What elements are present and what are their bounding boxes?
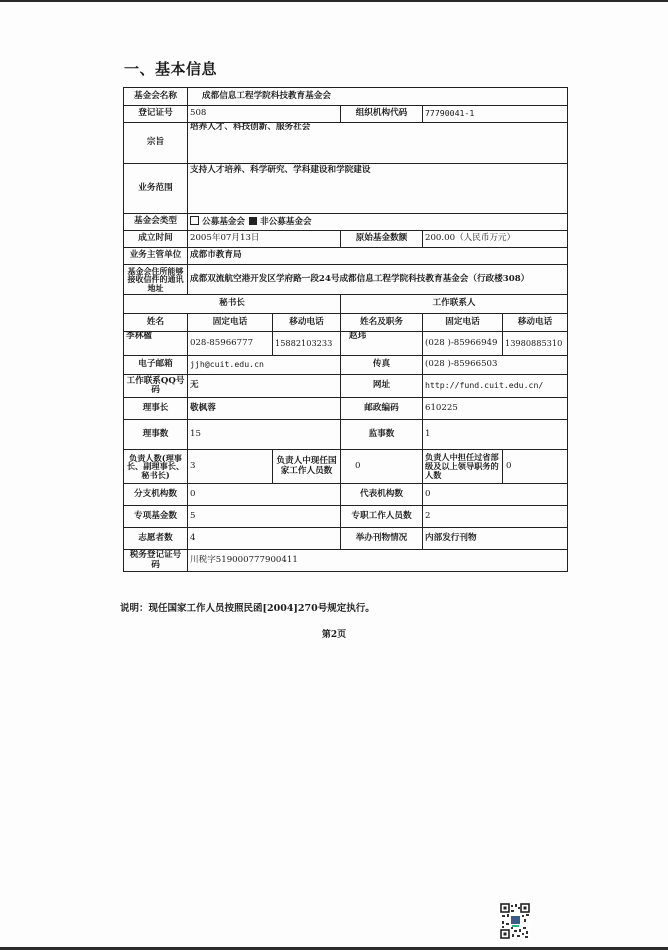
value-leaders-prov: 0	[503, 450, 568, 484]
label-chairman: 理事长	[124, 398, 188, 420]
value-secretary-mobile: 15882103233	[273, 332, 341, 356]
scan-border-top	[0, 0, 668, 2]
value-secretary-name: 李林楹	[124, 332, 188, 356]
page-number: 第2页	[0, 627, 668, 640]
value-chairman: 敬枫蓉	[188, 398, 341, 420]
option-public-foundation: 公募基金会	[202, 217, 245, 227]
value-liaison-name: 赵玮	[341, 332, 423, 356]
value-representative-offices: 0	[423, 484, 568, 506]
label-full-time-staff: 专职工作人员数	[341, 506, 423, 528]
label-publications: 举办刊物情况	[341, 528, 423, 550]
section-title: 一、基本信息	[124, 58, 217, 79]
value-volunteers: 4	[188, 528, 341, 550]
value-fax: (028 )-85966503	[423, 356, 568, 375]
label-tax: 税务登记证号码	[124, 550, 188, 572]
row-special-funds: 专项基金数 5 专职工作人员数 2	[124, 506, 568, 528]
value-email[interactable]: jjh@cuit.edu.cn	[188, 356, 341, 375]
value-foundation-name: 成都信息工程学院科技教育基金会	[188, 88, 568, 106]
label-leaders: 负责人数(理事长、副理事长、秘书长)	[124, 450, 188, 484]
label-postcode: 邮政编码	[341, 398, 423, 420]
label-volunteers: 志愿者数	[124, 528, 188, 550]
value-tax: 川税字519000777900411	[188, 550, 568, 572]
row-qq: 工作联系QQ号码 无 网址 http://fund.cuit.edu.cn/	[124, 375, 568, 398]
row-foundation-type: 基金会类型 公募基金会非公募基金会	[124, 214, 568, 231]
label-address: 基金会住所能够接收信件的通讯地址	[124, 265, 188, 295]
label-business-scope: 业务范围	[124, 164, 188, 214]
header-liaison: 工作联系人	[341, 295, 568, 314]
label-initial-fund: 原始基金数额	[341, 231, 423, 248]
value-org-code: 77790041-1	[423, 106, 568, 123]
value-supervisor: 成都市教育局	[188, 248, 568, 265]
label-purpose: 宗旨	[124, 123, 188, 164]
row-tax: 税务登记证号码 川税字519000777900411	[124, 550, 568, 572]
row-email: 电子邮箱 jjh@cuit.edu.cn 传真 (028 )-85966503	[124, 356, 568, 375]
row-supervisor: 业务主管单位 成都市教育局	[124, 248, 568, 265]
value-postcode: 610225	[423, 398, 568, 420]
label-established: 成立时间	[124, 231, 188, 248]
label-email: 电子邮箱	[124, 356, 188, 375]
label-leaders-gov: 负责人中现任国家工作人员数	[273, 450, 341, 484]
value-leaders-gov: 0	[341, 450, 423, 484]
col-secretary-phone: 固定电话	[188, 314, 273, 332]
row-business-scope: 业务范围 支持人才培养、科学研究、学科建设和学院建设	[124, 164, 568, 214]
row-address: 基金会住所能够接收信件的通讯地址 成都双流航空港开发区学府路一段24号成都信息工…	[124, 265, 568, 295]
col-secretary-mobile: 移动电话	[273, 314, 341, 332]
row-leaders: 负责人数(理事长、副理事长、秘书长) 3 负责人中现任国家工作人员数 0 负责人…	[124, 450, 568, 484]
value-established: 2005年07月13日	[188, 231, 341, 248]
value-publications: 内部发行刊物	[423, 528, 568, 550]
label-foundation-type: 基金会类型	[124, 214, 188, 231]
label-representative-offices: 代表机构数	[341, 484, 423, 506]
value-full-time-staff: 2	[423, 506, 568, 528]
document-page: 一、基本信息 基金会名称 成都信息工程学院科技教育基金会 登记证号 508 组织…	[0, 0, 668, 950]
row-volunteers: 志愿者数 4 举办刊物情况 内部发行刊物	[124, 528, 568, 550]
col-secretary-name: 姓名	[124, 314, 188, 332]
value-branches: 0	[188, 484, 341, 506]
value-address: 成都双流航空港开发区学府路一段24号成都信息工程学院科技教育基金会（行政楼308…	[188, 265, 568, 295]
value-foundation-type: 公募基金会非公募基金会	[188, 214, 568, 231]
basic-info-table: 基金会名称 成都信息工程学院科技教育基金会 登记证号 508 组织机构代码 77…	[123, 87, 568, 572]
row-contacts-header: 秘书长 工作联系人	[124, 295, 568, 314]
qr-code-icon	[500, 903, 530, 939]
label-special-funds: 专项基金数	[124, 506, 188, 528]
label-website: 网址	[341, 375, 423, 398]
value-leaders: 3	[188, 450, 273, 484]
label-supervisor: 业务主管单位	[124, 248, 188, 265]
value-purpose: 培养人才、科技创新、服务社会	[188, 123, 568, 164]
col-liaison-mobile: 移动电话	[503, 314, 568, 332]
footnote: 说明：现任国家工作人员按照民函[2004]270号规定执行。	[120, 600, 375, 614]
row-registration: 登记证号 508 组织机构代码 77790041-1	[124, 106, 568, 123]
label-fax: 传真	[341, 356, 423, 375]
label-directors: 理事数	[124, 420, 188, 450]
col-liaison-name: 姓名及职务	[341, 314, 423, 332]
row-directors: 理事数 15 监事数 1	[124, 420, 568, 450]
value-liaison-phone: (028 )-85966949	[423, 332, 503, 356]
value-special-funds: 5	[188, 506, 341, 528]
checkbox-public-foundation[interactable]	[190, 216, 199, 225]
label-org-code: 组织机构代码	[341, 106, 423, 123]
value-registration: 508	[188, 106, 341, 123]
row-established: 成立时间 2005年07月13日 原始基金数额 200.00（人民币万元）	[124, 231, 568, 248]
value-supervisors: 1	[423, 420, 568, 450]
label-leaders-prov: 负责人中担任过省部级及以上领导职务的人数	[423, 450, 503, 484]
option-nonpublic-foundation: 非公募基金会	[260, 217, 312, 227]
label-branches: 分支机构数	[124, 484, 188, 506]
row-contacts-values: 李林楹 028-85966777 15882103233 赵玮 (028 )-8…	[124, 332, 568, 356]
value-secretary-phone: 028-85966777	[188, 332, 273, 356]
header-secretary: 秘书长	[124, 295, 341, 314]
col-liaison-phone: 固定电话	[423, 314, 503, 332]
row-purpose: 宗旨 培养人才、科技创新、服务社会	[124, 123, 568, 164]
row-branches: 分支机构数 0 代表机构数 0	[124, 484, 568, 506]
row-foundation-name: 基金会名称 成都信息工程学院科技教育基金会	[124, 88, 568, 106]
checkbox-nonpublic-foundation[interactable]	[249, 217, 257, 225]
row-contacts-columns: 姓名 固定电话 移动电话 姓名及职务 固定电话 移动电话	[124, 314, 568, 332]
label-foundation-name: 基金会名称	[124, 88, 188, 106]
label-qq: 工作联系QQ号码	[124, 375, 188, 398]
label-supervisors: 监事数	[341, 420, 423, 450]
value-liaison-mobile: 13980885310	[503, 332, 568, 356]
value-directors: 15	[188, 420, 341, 450]
value-qq: 无	[188, 375, 341, 398]
value-website[interactable]: http://fund.cuit.edu.cn/	[423, 375, 568, 398]
value-initial-fund: 200.00（人民币万元）	[423, 231, 568, 248]
row-chairman: 理事长 敬枫蓉 邮政编码 610225	[124, 398, 568, 420]
value-business-scope: 支持人才培养、科学研究、学科建设和学院建设	[188, 164, 568, 214]
label-registration: 登记证号	[124, 106, 188, 123]
